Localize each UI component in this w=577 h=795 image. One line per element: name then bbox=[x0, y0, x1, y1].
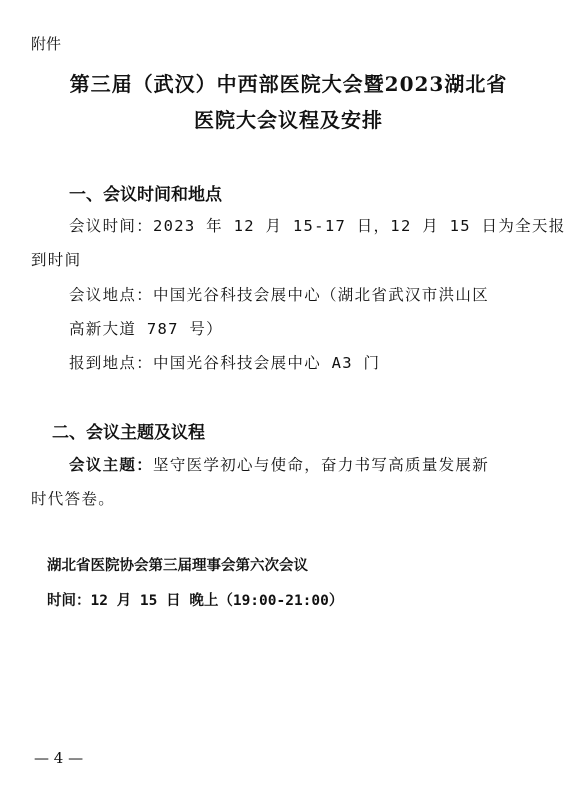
attachment-label: 附件 bbox=[31, 33, 61, 54]
theme-label: 会议主题： bbox=[69, 455, 153, 474]
council-meeting-title: 湖北省医院协会第三届理事会第六次会议 bbox=[47, 554, 308, 575]
meeting-theme-line2: 时代答卷。 bbox=[31, 487, 115, 509]
document-title-line1: 第三届（武汉）中西部医院大会暨2023湖北省 bbox=[0, 68, 577, 97]
meeting-time-line1: 会议时间：2023 年 12 月 15-17 日，12 月 15 日为全天报 bbox=[69, 214, 566, 236]
section1-heading: 一、会议时间和地点 bbox=[69, 180, 222, 205]
meeting-time-line2: 到时间 bbox=[31, 248, 81, 270]
page-number: — 4 — bbox=[34, 749, 83, 767]
council-meeting-time: 时间：12 月 15 日 晚上（19:00-21:00） bbox=[47, 589, 343, 610]
theme-text: 坚守医学初心与使命，奋力书写高质量发展新 bbox=[153, 456, 489, 474]
meeting-venue-line1: 会议地点：中国光谷科技会展中心（湖北省武汉市洪山区 bbox=[69, 283, 489, 305]
document-title-line2: 医院大会议程及安排 bbox=[0, 104, 577, 133]
meeting-theme-line1: 会议主题：坚守医学初心与使命，奋力书写高质量发展新 bbox=[69, 453, 489, 475]
meeting-venue-line2: 高新大道 787 号） bbox=[69, 317, 223, 339]
checkin-location: 报到地点：中国光谷科技会展中心 A3 门 bbox=[69, 351, 380, 373]
section2-heading: 二、会议主题及议程 bbox=[52, 418, 205, 443]
